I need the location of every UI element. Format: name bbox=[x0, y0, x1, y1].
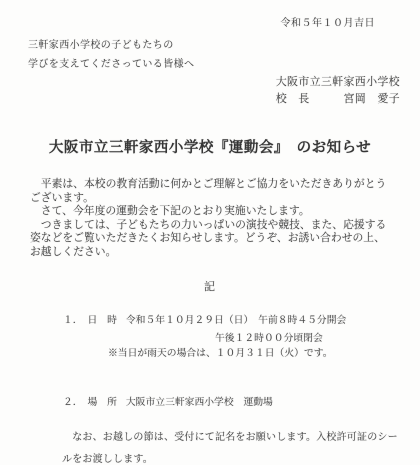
record-item-datetime-label: １． 日 時 bbox=[63, 312, 117, 326]
addressee-line-1: 三軒家西小学校の子どもたちの bbox=[28, 36, 194, 55]
closing-paragraph: なお、お越しの節は、受付にて記名をお願いします。入校許可証のシー ルをお渡ししま… bbox=[62, 427, 402, 465]
body-line-5: 姿などをご覧いただきたくお知らせします。どうぞ、お誘い合わせの上、 bbox=[30, 231, 406, 245]
body-line-4: つきましては、子どもたちの力いっぱいの演技や競技、また、応援する bbox=[30, 218, 406, 232]
body-line-1: 平素は、本校の教育活動に何かとご理解とご協力をいただきありがとう bbox=[30, 177, 406, 191]
record-item-datetime-value: 令和５年１０月２９日（日） 午前８時４５分開会 bbox=[126, 312, 346, 326]
body-line-3: さて、今年度の運動会を下記のとおり実施いたします。 bbox=[30, 204, 406, 218]
closing-line-2: ルをお渡しします。 bbox=[62, 449, 402, 465]
letter-title: 大阪市立三軒家西小学校『運動会』 のお知らせ bbox=[0, 136, 420, 157]
sender-principal: 校 長 宮岡 愛子 bbox=[276, 90, 400, 107]
body-paragraphs: 平素は、本校の教育活動に何かとご理解とご協力をいただきありがとう ございます。 … bbox=[30, 177, 406, 259]
sender-school: 大阪市立三軒家西小学校 bbox=[276, 73, 400, 90]
record-item-place: ２． 場 所 大阪市立三軒家西小学校 運動場 bbox=[63, 394, 273, 408]
closing-line-1: なお、お越しの節は、受付にて記名をお願いします。入校許可証のシー bbox=[62, 427, 402, 449]
body-line-6: お越しください。 bbox=[30, 245, 406, 259]
addressee-block: 三軒家西小学校の子どもたちの 学びを支えてくださっている皆様へ bbox=[28, 36, 194, 74]
record-item-place-value: 大阪市立三軒家西小学校 運動場 bbox=[126, 394, 273, 408]
addressee-line-2: 学びを支えてくださっている皆様へ bbox=[28, 55, 194, 74]
rain-date-note: ※当日が雨天の場合は、１０月３１日（火）です。 bbox=[108, 345, 333, 359]
record-item-place-label: ２． 場 所 bbox=[63, 394, 117, 408]
record-item-datetime-end-time: 午後１２時００分頃閉会 bbox=[215, 330, 323, 344]
record-heading: 記 bbox=[0, 278, 420, 294]
letter-date: 令和５年１０月吉日 bbox=[281, 14, 376, 29]
letter-page: 令和５年１０月吉日 三軒家西小学校の子どもたちの 学びを支えてくださっている皆様… bbox=[0, 0, 420, 465]
record-item-datetime: １． 日 時 令和５年１０月２９日（日） 午前８時４５分開会 bbox=[63, 312, 346, 326]
sender-block: 大阪市立三軒家西小学校 校 長 宮岡 愛子 bbox=[276, 73, 400, 107]
body-line-2: ございます。 bbox=[30, 191, 406, 205]
